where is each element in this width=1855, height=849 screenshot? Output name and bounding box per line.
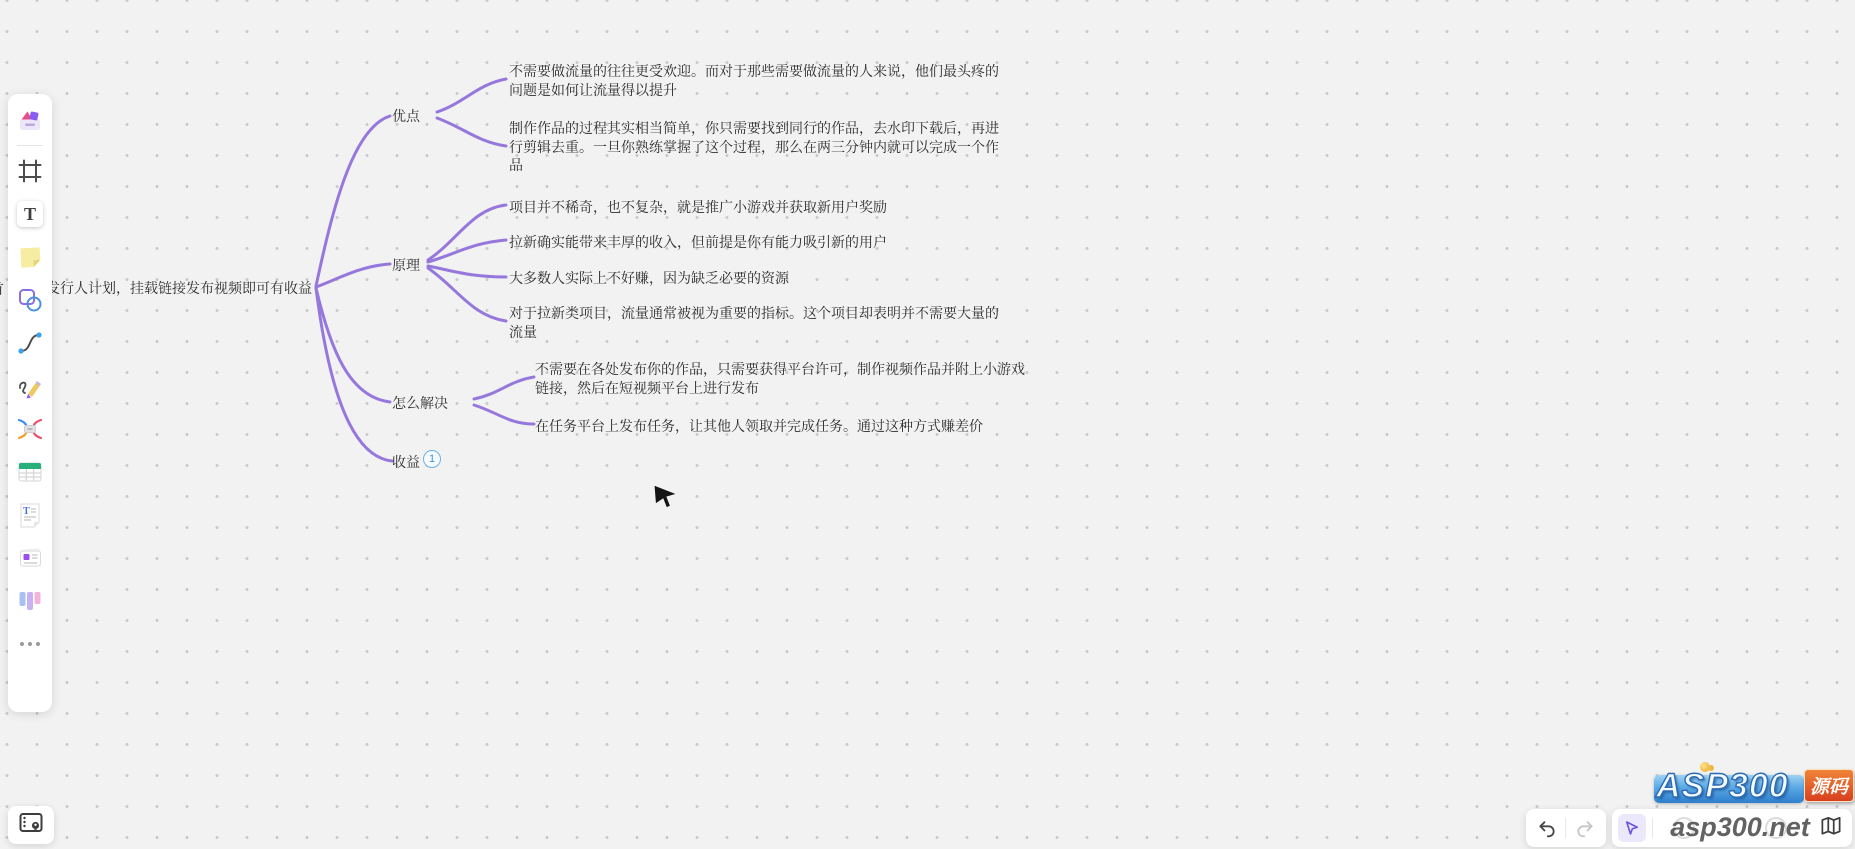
- mindmap-leaf[interactable]: 对于拉新类项目，流量通常被视为重要的指标。这个项目却表明并不需要大量的流量: [509, 304, 1003, 341]
- history-toolbar: [1526, 809, 1606, 847]
- map-button[interactable]: [1816, 813, 1846, 843]
- more-icon[interactable]: [16, 630, 44, 658]
- pointer-button[interactable]: [1618, 814, 1646, 842]
- mindmap-root-node[interactable]: 发行人计划，挂载链接发布视频即可有收益: [46, 279, 312, 297]
- mindmap-icon[interactable]: [16, 415, 44, 443]
- card-icon[interactable]: [16, 544, 44, 572]
- table-icon[interactable]: [16, 458, 44, 486]
- kanban-icon[interactable]: [16, 587, 44, 615]
- svg-text:T: T: [23, 506, 30, 517]
- map-icon: [1820, 816, 1842, 841]
- obscured-tool-icon[interactable]: [1765, 817, 1787, 839]
- collapsed-children-badge[interactable]: 1: [423, 450, 441, 468]
- asp300-watermark-logo: ASP300 源码: [1652, 763, 1854, 811]
- pen-icon[interactable]: [16, 372, 44, 400]
- watermark-brand: ASP300: [1656, 767, 1789, 806]
- document-icon[interactable]: T: [16, 501, 44, 529]
- redo-button[interactable]: [1570, 813, 1600, 843]
- frames-presentation-icon: [18, 811, 44, 840]
- frame-icon[interactable]: [16, 157, 44, 185]
- obscured-tool-icon[interactable]: [1673, 817, 1695, 839]
- toolbar-divider: [1565, 818, 1566, 838]
- watermark-badge: 源码: [1804, 769, 1854, 802]
- mindmap-branch-zenmejiejue[interactable]: 怎么解决: [392, 394, 448, 412]
- templates-icon[interactable]: [16, 106, 44, 134]
- mindmap-branch-yuanli[interactable]: 原理: [392, 256, 420, 274]
- text-icon[interactable]: T: [16, 200, 44, 228]
- shapes-icon[interactable]: [16, 286, 44, 314]
- mindmap-leaf[interactable]: 拉新确实能带来丰厚的收入，但前提是你有能力吸引新的用户: [509, 233, 887, 252]
- sticky-note-icon[interactable]: [16, 243, 44, 271]
- mindmap-branch-shouyi[interactable]: 收益: [392, 453, 420, 471]
- mindmap-leaf[interactable]: 大多数人实际上不好赚，因为缺乏必要的资源: [509, 269, 789, 288]
- mindmap-leaf[interactable]: 不需要做流量的往往更受欢迎。而对于那些需要做流量的人来说，他们最头疼的问题是如何…: [509, 62, 1003, 99]
- toolbar-divider: [17, 145, 43, 146]
- mindmap-leaf[interactable]: 不需要在各处发布你的作品，只需要获得平台许可，制作视频作品并附上小游戏链接，然后…: [535, 360, 1029, 397]
- mindmap-branch-youdian[interactable]: 优点: [392, 107, 420, 125]
- mindmap-leaf[interactable]: 在任务平台上发布任务，让其他人领取并完成任务。通过这种方式赚差价: [535, 417, 983, 436]
- mindmap-leaf[interactable]: 项目并不稀奇，也不复杂，就是推广小游戏并获取新用户奖励: [509, 198, 887, 217]
- mindmap-leaf[interactable]: 制作作品的过程其实相当简单，你只需要找到同行的作品，去水印下载后，再进行剪辑去重…: [509, 119, 1003, 175]
- connector-icon[interactable]: [16, 329, 44, 357]
- view-toolbar: [1612, 809, 1852, 847]
- whiteboard-canvas[interactable]: 发行人计划，挂载链接发布视频即可有收益 优点 原理 怎么解决 收益 1 不需要做…: [0, 0, 1855, 849]
- undo-button[interactable]: [1532, 813, 1562, 843]
- tools-panel: T: [8, 94, 52, 712]
- frames-presentation-button[interactable]: [8, 806, 54, 844]
- toolbar-divider: [1652, 818, 1653, 838]
